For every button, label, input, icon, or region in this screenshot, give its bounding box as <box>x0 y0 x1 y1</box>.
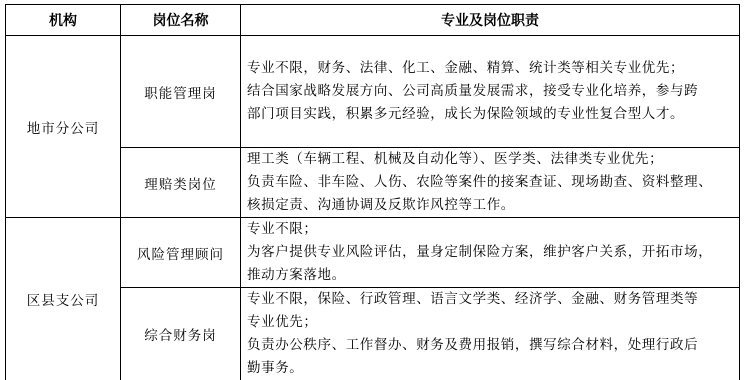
duty-line: 专业优先； <box>247 311 733 334</box>
header-position-name: 岗位名称 <box>121 5 241 36</box>
duty-line: 负责车险、非车险、人伤、农险等案件的接案查证、现场勘查、资料整理、 <box>247 171 733 194</box>
header-org: 机构 <box>6 5 121 36</box>
duty-line: 理工类（车辆工程、机械及自动化等）、医学类、法律类专业优先； <box>247 148 733 171</box>
duty-line: 核损定责、沟通协调及反欺诈风控等工作。 <box>247 194 733 217</box>
org-cell: 区县支公司 <box>6 218 121 380</box>
duty-line: 勤事务。 <box>247 357 733 380</box>
position-name-cell: 风险管理顾问 <box>121 218 241 288</box>
position-name-cell: 综合财务岗 <box>121 288 241 380</box>
org-cell: 地市分公司 <box>6 36 121 218</box>
duty-line: 部门项目实践，积累多元经验，成长为保险领域的专业性复合型人才。 <box>247 103 733 126</box>
duty-cell: 专业不限； 为客户提供专业风险评估，量身定制保险方案，维护客户关系，开拓市场， … <box>241 218 740 288</box>
duty-line: 负责办公秩序、工作督办、财务及费用报销，撰写综合材料，处理行政后 <box>247 334 733 357</box>
header-row: 机构 岗位名称 专业及岗位职责 <box>6 5 740 36</box>
table-row: 地市分公司 职能管理岗 专业不限，财务、法律、化工、金融、精算、统计类等相关专业… <box>6 36 740 148</box>
position-name-cell: 理赔类岗位 <box>121 148 241 218</box>
table-row: 区县支公司 风险管理顾问 专业不限； 为客户提供专业风险评估，量身定制保险方案，… <box>6 218 740 288</box>
duty-cell: 专业不限，保险、行政管理、语言文学类、经济学、金融、财务管理类等 专业优先； 负… <box>241 288 740 380</box>
duty-line: 为客户提供专业风险评估，量身定制保险方案，维护客户关系，开拓市场， <box>247 241 733 264</box>
duty-line: 推动方案落地。 <box>247 264 733 287</box>
duty-line: 专业不限，保险、行政管理、语言文学类、经济学、金融、财务管理类等 <box>247 288 733 311</box>
duty-line: 结合国家战略发展方向、公司高质量发展需求，接受专业化培养，参与跨 <box>247 80 733 103</box>
duty-cell: 专业不限，财务、法律、化工、金融、精算、统计类等相关专业优先； 结合国家战略发展… <box>241 36 740 148</box>
duty-line: 专业不限； <box>247 218 733 241</box>
position-name-cell: 职能管理岗 <box>121 36 241 148</box>
job-positions-table: 机构 岗位名称 专业及岗位职责 地市分公司 职能管理岗 专业不限，财务、法律、化… <box>5 4 740 380</box>
header-major-and-duties: 专业及岗位职责 <box>241 5 740 36</box>
duty-line: 专业不限，财务、法律、化工、金融、精算、统计类等相关专业优先； <box>247 57 733 80</box>
duty-cell: 理工类（车辆工程、机械及自动化等）、医学类、法律类专业优先； 负责车险、非车险、… <box>241 148 740 218</box>
